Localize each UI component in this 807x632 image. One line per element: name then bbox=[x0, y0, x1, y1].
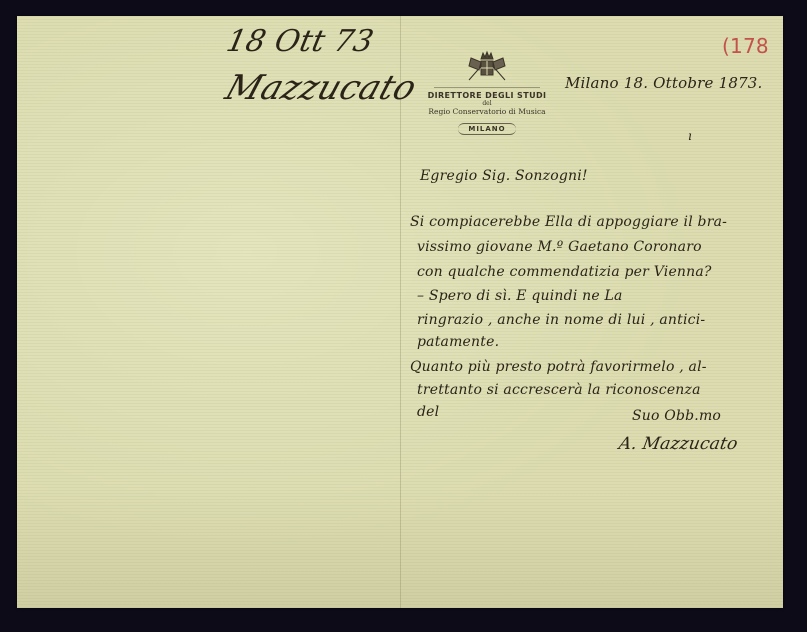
body-line: trettanto si accrescerà la riconoscenza bbox=[417, 382, 701, 398]
body-line: Quanto più presto potrà favorirmelo , al… bbox=[410, 359, 707, 375]
crown-and-flags-crest-icon bbox=[465, 50, 509, 84]
stray-ink-mark: ı bbox=[688, 129, 692, 143]
archive-date-note: 18 Ott 73 bbox=[223, 24, 376, 59]
letter-sheet: 18 Ott 73 Mazzucato (178 DIRETTORE DEGLI… bbox=[17, 16, 783, 608]
body-line: con qualche commendatizia per Vienna? bbox=[417, 264, 712, 280]
letterhead: DIRETTORE DEGLI STUDI del Regio Conserva… bbox=[422, 50, 552, 135]
letterhead-institution: Regio Conservatorio di Musica bbox=[422, 107, 552, 116]
signature: A. Mazzucato bbox=[617, 434, 739, 454]
letterhead-title: DIRETTORE DEGLI STUDI bbox=[422, 91, 552, 100]
body-line: ringrazio , anche in nome di lui , antic… bbox=[417, 312, 705, 328]
catalog-number: (178 bbox=[722, 34, 769, 58]
letterhead-connector: del bbox=[422, 100, 552, 107]
place-and-date: Milano 18. Ottobre 1873. bbox=[565, 74, 763, 92]
letterhead-city: MILANO bbox=[458, 123, 515, 135]
body-line: – Spero di sì. E quindi ne La bbox=[417, 288, 623, 304]
body-line: del bbox=[417, 404, 439, 420]
salutation: Egregio Sig. Sonzogni! bbox=[420, 168, 588, 184]
body-line: Si compiacerebbe Ella di appoggiare il b… bbox=[410, 214, 727, 230]
body-line: patamente. bbox=[417, 334, 499, 350]
archive-author-note: Mazzucato bbox=[221, 68, 422, 108]
body-line: vissimo giovane M.º Gaetano Coronaro bbox=[417, 239, 702, 255]
closing: Suo Obb.mo bbox=[632, 408, 721, 424]
ornament-divider bbox=[434, 87, 540, 88]
